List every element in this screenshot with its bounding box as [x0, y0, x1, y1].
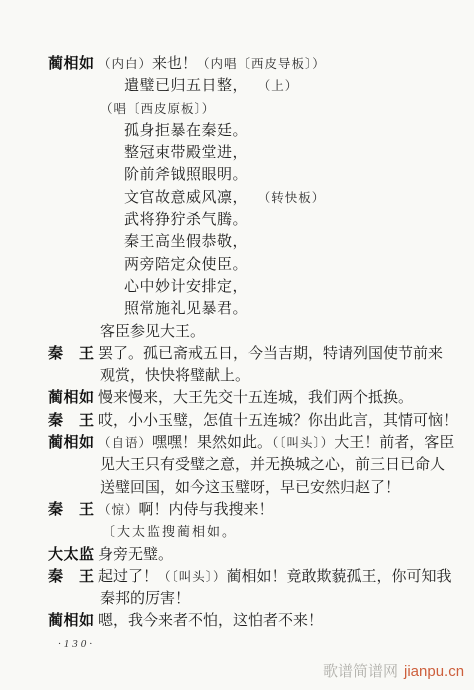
line-text: 文官故意威风凛，: [124, 190, 248, 206]
speaker-name: 蔺相如: [48, 610, 98, 632]
line-text: 心中妙计安排定，: [124, 279, 248, 295]
script-line: 秦 王哎，小小玉璧，怎值十五连城？你出此言，其情可恼！: [0, 410, 474, 432]
line-text: 嘿嘿！果然如此。: [152, 435, 272, 451]
script-line: 两旁陪定众使臣。: [0, 254, 474, 276]
stage-note: （〔叫头〕）: [158, 570, 227, 584]
line-text: 观赏，快快将璧献上。: [100, 368, 250, 384]
speaker-name: 秦 王: [48, 499, 98, 521]
stage-note: （上）: [264, 79, 298, 93]
script-line: 蔺相如（内白）来也！（内唱〔西皮导板〕）: [0, 53, 474, 75]
line-text: 照常施礼见暴君。: [124, 301, 248, 317]
script-line: 文官故意威风凛，（转快板）: [0, 187, 474, 209]
line-text: 孤身拒暴在秦廷。: [124, 123, 248, 139]
speaker-name: 大太监: [48, 544, 98, 566]
stage-note: （唱〔西皮原板〕）: [100, 102, 215, 116]
watermark-site-url: jianpu.cn: [404, 663, 464, 680]
script-line: 蔺相如嗯，我今来者不怕，这怕者不来！: [0, 610, 474, 632]
script-line: 照常施礼见暴君。: [0, 298, 474, 320]
line-text: 哎，小小玉璧，怎值十五连城？你出此言，其情可恼！: [98, 413, 458, 429]
line-text: 见大王只有受璧之意，并无换城之心，前三日已命人: [100, 457, 445, 473]
script-line: 秦 王起过了！（〔叫头〕）蔺相如！竟敢欺藐孤王，你可知我: [0, 566, 474, 588]
script-line: 蔺相如慢来慢来，大王先交十五连城，我们两个抵换。: [0, 387, 474, 409]
script-line: 见大王只有受璧之意，并无换城之心，前三日已命人: [0, 454, 474, 476]
line-text: 慢来慢来，大王先交十五连城，我们两个抵换。: [98, 390, 413, 406]
line-text: 两旁陪定众使臣。: [124, 257, 248, 273]
script-line: 蔺相如（自语）嘿嘿！果然如此。（〔叫头〕）大王！前者，客臣: [0, 432, 474, 454]
line-text: 蔺相如！竟敢欺藐孤王，你可知我: [227, 569, 452, 585]
script-line: 秦王高坐假恭敬，: [0, 231, 474, 253]
line-text: 武将狰狞杀气腾。: [124, 212, 248, 228]
line-text: 遣璧已归五日整，: [124, 78, 248, 94]
speaker-name: 秦 王: [48, 410, 98, 432]
page-number: ·130·: [58, 638, 95, 650]
scanned-script-page: 蔺相如（内白）来也！（内唱〔西皮导板〕） 遣璧已归五日整，（上） （唱〔西皮原板…: [0, 0, 474, 690]
stage-note: （内唱〔西皮导板〕）: [197, 57, 326, 71]
stage-note: （内白）: [98, 57, 152, 71]
script-line: 遣璧已归五日整，（上）: [0, 75, 474, 97]
script-line: 秦 王（惊）啊！内侍与我搜来！: [0, 499, 474, 521]
script-line: （唱〔西皮原板〕）: [0, 98, 474, 120]
line-text: 秦王高坐假恭敬，: [124, 234, 248, 250]
script-line: 秦邦的厉害！: [0, 588, 474, 610]
line-text: 客臣参见大王。: [100, 324, 205, 340]
line-text: 起过了！: [98, 569, 158, 585]
line-text: 秦邦的厉害！: [100, 591, 190, 607]
speaker-name: 秦 王: [48, 566, 98, 588]
speaker-name: 秦 王: [48, 343, 98, 365]
line-text: 阶前斧钺照眼明。: [124, 167, 248, 183]
stage-note: （自语）: [98, 436, 152, 450]
script-line: 孤身拒暴在秦廷。: [0, 120, 474, 142]
stage-note: （惊）: [98, 503, 139, 517]
stage-note: （转快板）: [264, 191, 325, 205]
speaker-name: 蔺相如: [48, 53, 98, 75]
script-line: 大太监身旁无璧。: [0, 544, 474, 566]
line-text: 来也！: [152, 56, 197, 72]
line-text: 身旁无璧。: [98, 547, 173, 563]
line-text: 嗯，我今来者不怕，这怕者不来！: [98, 613, 323, 629]
script-line: 送璧回国，如今这玉璧呀，早已安然归赵了！: [0, 477, 474, 499]
script-line: 观赏，快快将璧献上。: [0, 365, 474, 387]
line-text: 整冠束带殿堂进，: [124, 145, 248, 161]
watermark-site-name: 歌谱简谱网: [323, 663, 398, 680]
script-line: 整冠束带殿堂进，: [0, 142, 474, 164]
line-text: 啊！内侍与我搜来！: [139, 502, 274, 518]
script-line: 心中妙计安排定，: [0, 276, 474, 298]
stage-direction-text: 〔大太监搜蔺相如。: [102, 524, 237, 539]
line-text: 罢了。孤已斋戒五日，今当吉期，特请列国使节前来: [98, 346, 443, 362]
line-text: 大王！前者，客臣: [334, 435, 454, 451]
script-line: 秦 王罢了。孤已斋戒五日，今当吉期，特请列国使节前来: [0, 343, 474, 365]
script-line: 客臣参见大王。: [0, 321, 474, 343]
line-text: 送璧回国，如今这玉璧呀，早已安然归赵了！: [100, 480, 400, 496]
watermark: 歌谱简谱网jianpu.cn: [323, 660, 464, 681]
script-line: 阶前斧钺照眼明。: [0, 164, 474, 186]
script-line: 武将狰狞杀气腾。: [0, 209, 474, 231]
script-body: 蔺相如（内白）来也！（内唱〔西皮导板〕） 遣璧已归五日整，（上） （唱〔西皮原板…: [0, 53, 474, 633]
stage-note: （〔叫头〕）: [272, 436, 334, 450]
speaker-name: 蔺相如: [48, 432, 98, 454]
speaker-name: 蔺相如: [48, 387, 98, 409]
stage-direction-line: 〔大太监搜蔺相如。: [0, 521, 474, 543]
